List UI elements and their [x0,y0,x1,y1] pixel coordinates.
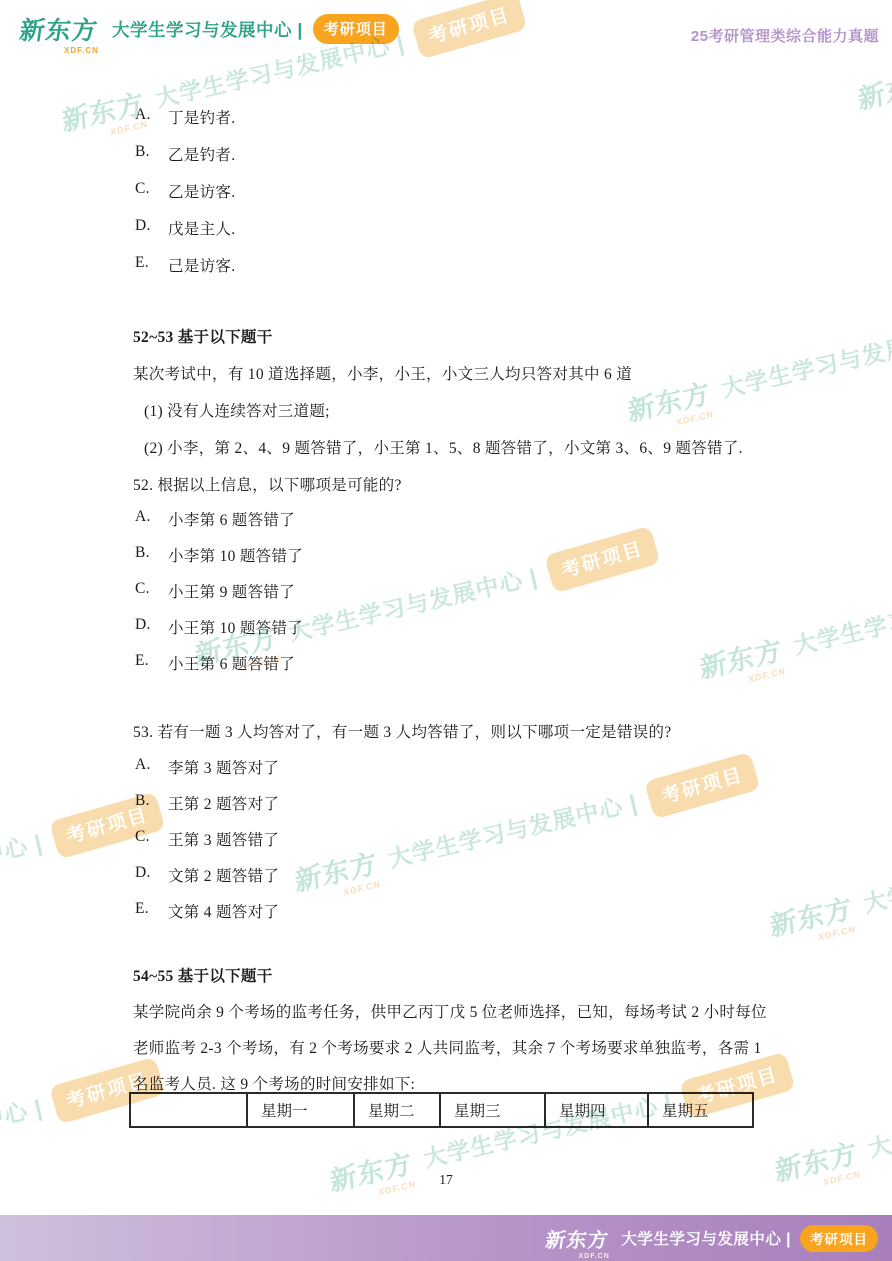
option-text: 小王第 9 题答错了 [168,580,295,602]
option-label: D. [135,864,168,886]
section-52-53-intro: 某次考试中，有 10 道选择题，小李，小王，小文三人均只答对其中 6 道 [133,362,632,384]
schedule-header-row: 星期一 星期二 星期三 星期四 星期五 [130,1093,753,1127]
watermark-xdf-logo: 新东方XDF.CN [768,886,853,944]
option-label: D. [135,616,168,638]
option-text: 李第 3 题答对了 [168,756,279,778]
watermark-xdf-logo: 新东方XDF.CN [293,841,378,899]
watermark-xdf-logo: 新东方XDF.CN [60,81,145,139]
watermark-xdf-logo: 新东方XDF.CN [856,59,892,117]
option-text: 小王第 10 题答错了 [168,616,303,638]
schedule-cell-monday: 星期一 [247,1093,354,1127]
q52-option-b: B.小李第 10 题答错了 [135,544,303,566]
watermark: 新东方XDF.CN大学生学习与发展中心 |考研项目 [291,754,760,898]
q51-option-b: B.乙是钓者. [135,143,235,165]
condition-2: (2) 小李，第 2、4、9 题答错了，小王第 1、5、8 题答错了，小文第 3… [144,436,743,458]
footer-project-badge: 考研项目 [800,1225,878,1252]
watermark-xdf-logo-domain: XDF.CN [343,879,381,898]
page-footer: 新东方XDF.CN 大学生学习与发展中心 | 考研项目 [0,1215,892,1261]
footer-org-text: 大学生学习与发展中心 | [621,1227,791,1249]
q52-option-e: E.小王第 6 题答错了 [135,652,295,674]
schedule-cell-tuesday: 星期二 [354,1093,440,1127]
option-text: 小李第 6 题答错了 [168,508,295,530]
schedule-cell-wednesday: 星期三 [440,1093,545,1127]
watermark-xdf-logo-domain: XDF.CN [818,924,856,943]
watermark: 新东方XDF.CN大学生学习与发展中心 |考研项目 [766,799,892,943]
footer-xdf-logo-domain: XDF.CN [579,1253,610,1260]
q53-option-a: A.李第 3 题答对了 [135,756,279,778]
header-brand-block: 新东方XDF.CN 大学生学习与发展中心 | 考研项目 [20,11,399,47]
option-label: B. [135,792,168,814]
xdf-logo-domain: XDF.CN [64,46,99,55]
q52-option-a: A.小李第 6 题答错了 [135,508,295,530]
section-54-55-line-3: 名监考人员. 这 9 个考场的时间安排如下: [133,1072,415,1094]
q53-option-e: E.文第 4 题答对了 [135,900,279,922]
q52-stem: 52. 根据以上信息，以下哪项是可能的? [133,473,402,495]
q51-option-c: C.乙是访客. [135,180,235,202]
watermark-xdf-logo-domain: XDF.CN [748,666,786,685]
option-label: E. [135,652,168,674]
option-label: C. [135,580,168,602]
section-54-55-line-1: 某学院尚余 9 个考场的监考任务，供甲乙丙丁戊 5 位老师选择，已知，每场考试 … [133,1000,767,1022]
option-label: E. [135,254,168,276]
option-label: C. [135,180,168,202]
schedule-cell-thursday: 星期四 [545,1093,648,1127]
option-label: C. [135,828,168,850]
watermark-org-text: 大学生学习与发展中心 | [0,1090,46,1179]
q53-option-d: D.文第 2 题答错了 [135,864,279,886]
option-label: B. [135,143,168,165]
watermark-xdf-logo: 新东方XDF.CN [328,1141,413,1199]
watermark: 新东方XDF.CN大学生学习与发展中心 |考研项目 [771,1044,892,1188]
option-text: 小王第 6 题答错了 [168,652,295,674]
watermark-xdf-logo-domain: XDF.CN [676,409,714,428]
xdf-logo-text: 新东方 [18,17,100,45]
q53-option-c: C.王第 3 题答错了 [135,828,279,850]
page-number: 17 [0,1172,892,1188]
header-project-badge: 考研项目 [313,14,399,44]
q51-option-a: A.丁是钓者. [135,106,235,128]
watermark: 新东方XDF.CN大学生学习与发展中心 |考研项目 [696,541,892,685]
option-label: A. [135,756,168,778]
q53-stem: 53. 若有一题 3 人均答对了，有一题 3 人均答错了，则以下哪项一定是错误的… [133,720,671,742]
section-54-55-heading: 54~55 基于以下题干 [133,964,273,986]
option-text: 己是访客. [168,254,235,276]
option-text: 文第 4 题答对了 [168,900,279,922]
option-label: A. [135,106,168,128]
option-label: E. [135,900,168,922]
schedule-cell-friday: 星期五 [648,1093,753,1127]
footer-xdf-logo-text: 新东方 [544,1230,610,1252]
watermark-project-badge: 考研项目 [644,752,761,820]
watermark-org-text: 大学生学习与发展中心 | [865,1075,892,1164]
watermark-org-text: 大学生学习与发展中心 | [718,315,892,404]
watermark: 新东方XDF.CN大学生学习与发展中心 |考研项目 [624,284,892,428]
option-text: 王第 2 题答对了 [168,792,279,814]
q52-option-d: D.小王第 10 题答错了 [135,616,303,638]
schedule-cell-blank [130,1093,247,1127]
page-header: 新东方XDF.CN 大学生学习与发展中心 | 考研项目 25考研管理类综合能力真… [0,0,892,52]
option-text: 王第 3 题答错了 [168,828,279,850]
watermark-org-text: 大学生学习与发展中心 | [285,559,541,648]
watermark-project-badge: 考研项目 [544,526,661,594]
watermark-xdf-logo: 新东方XDF.CN [626,371,711,429]
option-text: 小李第 10 题答错了 [168,544,303,566]
xdf-logo: 新东方XDF.CN [17,11,100,47]
option-label: B. [135,544,168,566]
header-org-text: 大学生学习与发展中心 | [112,17,303,42]
option-label: D. [135,217,168,239]
q51-option-e: E.己是访客. [135,254,235,276]
schedule-table: 星期一 星期二 星期三 星期四 星期五 [129,1092,754,1128]
document-page: 新东方XDF.CN 大学生学习与发展中心 | 考研项目 25考研管理类综合能力真… [0,0,892,1261]
watermark-org-text: 大学生学习与发展中心 | [790,572,892,661]
footer-xdf-logo: 新东方XDF.CN [544,1224,611,1253]
q52-option-c: C.小王第 9 题答错了 [135,580,295,602]
option-text: 戊是主人. [168,217,235,239]
option-label: A. [135,508,168,530]
option-text: 文第 2 题答错了 [168,864,279,886]
q51-option-d: D.戊是主人. [135,217,235,239]
option-text: 乙是访客. [168,180,235,202]
q53-option-b: B.王第 2 题答对了 [135,792,279,814]
option-text: 丁是钓者. [168,106,235,128]
watermark-xdf-logo: 新东方XDF.CN [698,628,783,686]
section-52-53-heading: 52~53 基于以下题干 [133,325,273,347]
watermark-org-text: 大学生学习与发展中心 | [0,825,46,914]
header-exam-title: 25考研管理类综合能力真题 [691,25,879,46]
section-54-55-line-2: 老师监考 2-3 个考场，有 2 个考场要求 2 人共同监考，其余 7 个考场要… [133,1036,762,1058]
watermark-org-text: 大学生学习与发展中心 | [860,830,892,919]
watermark-org-text: 大学生学习与发展中心 | [385,785,641,874]
condition-1: (1) 没有人连续答对三道题; [144,399,330,421]
option-text: 乙是钓者. [168,143,235,165]
